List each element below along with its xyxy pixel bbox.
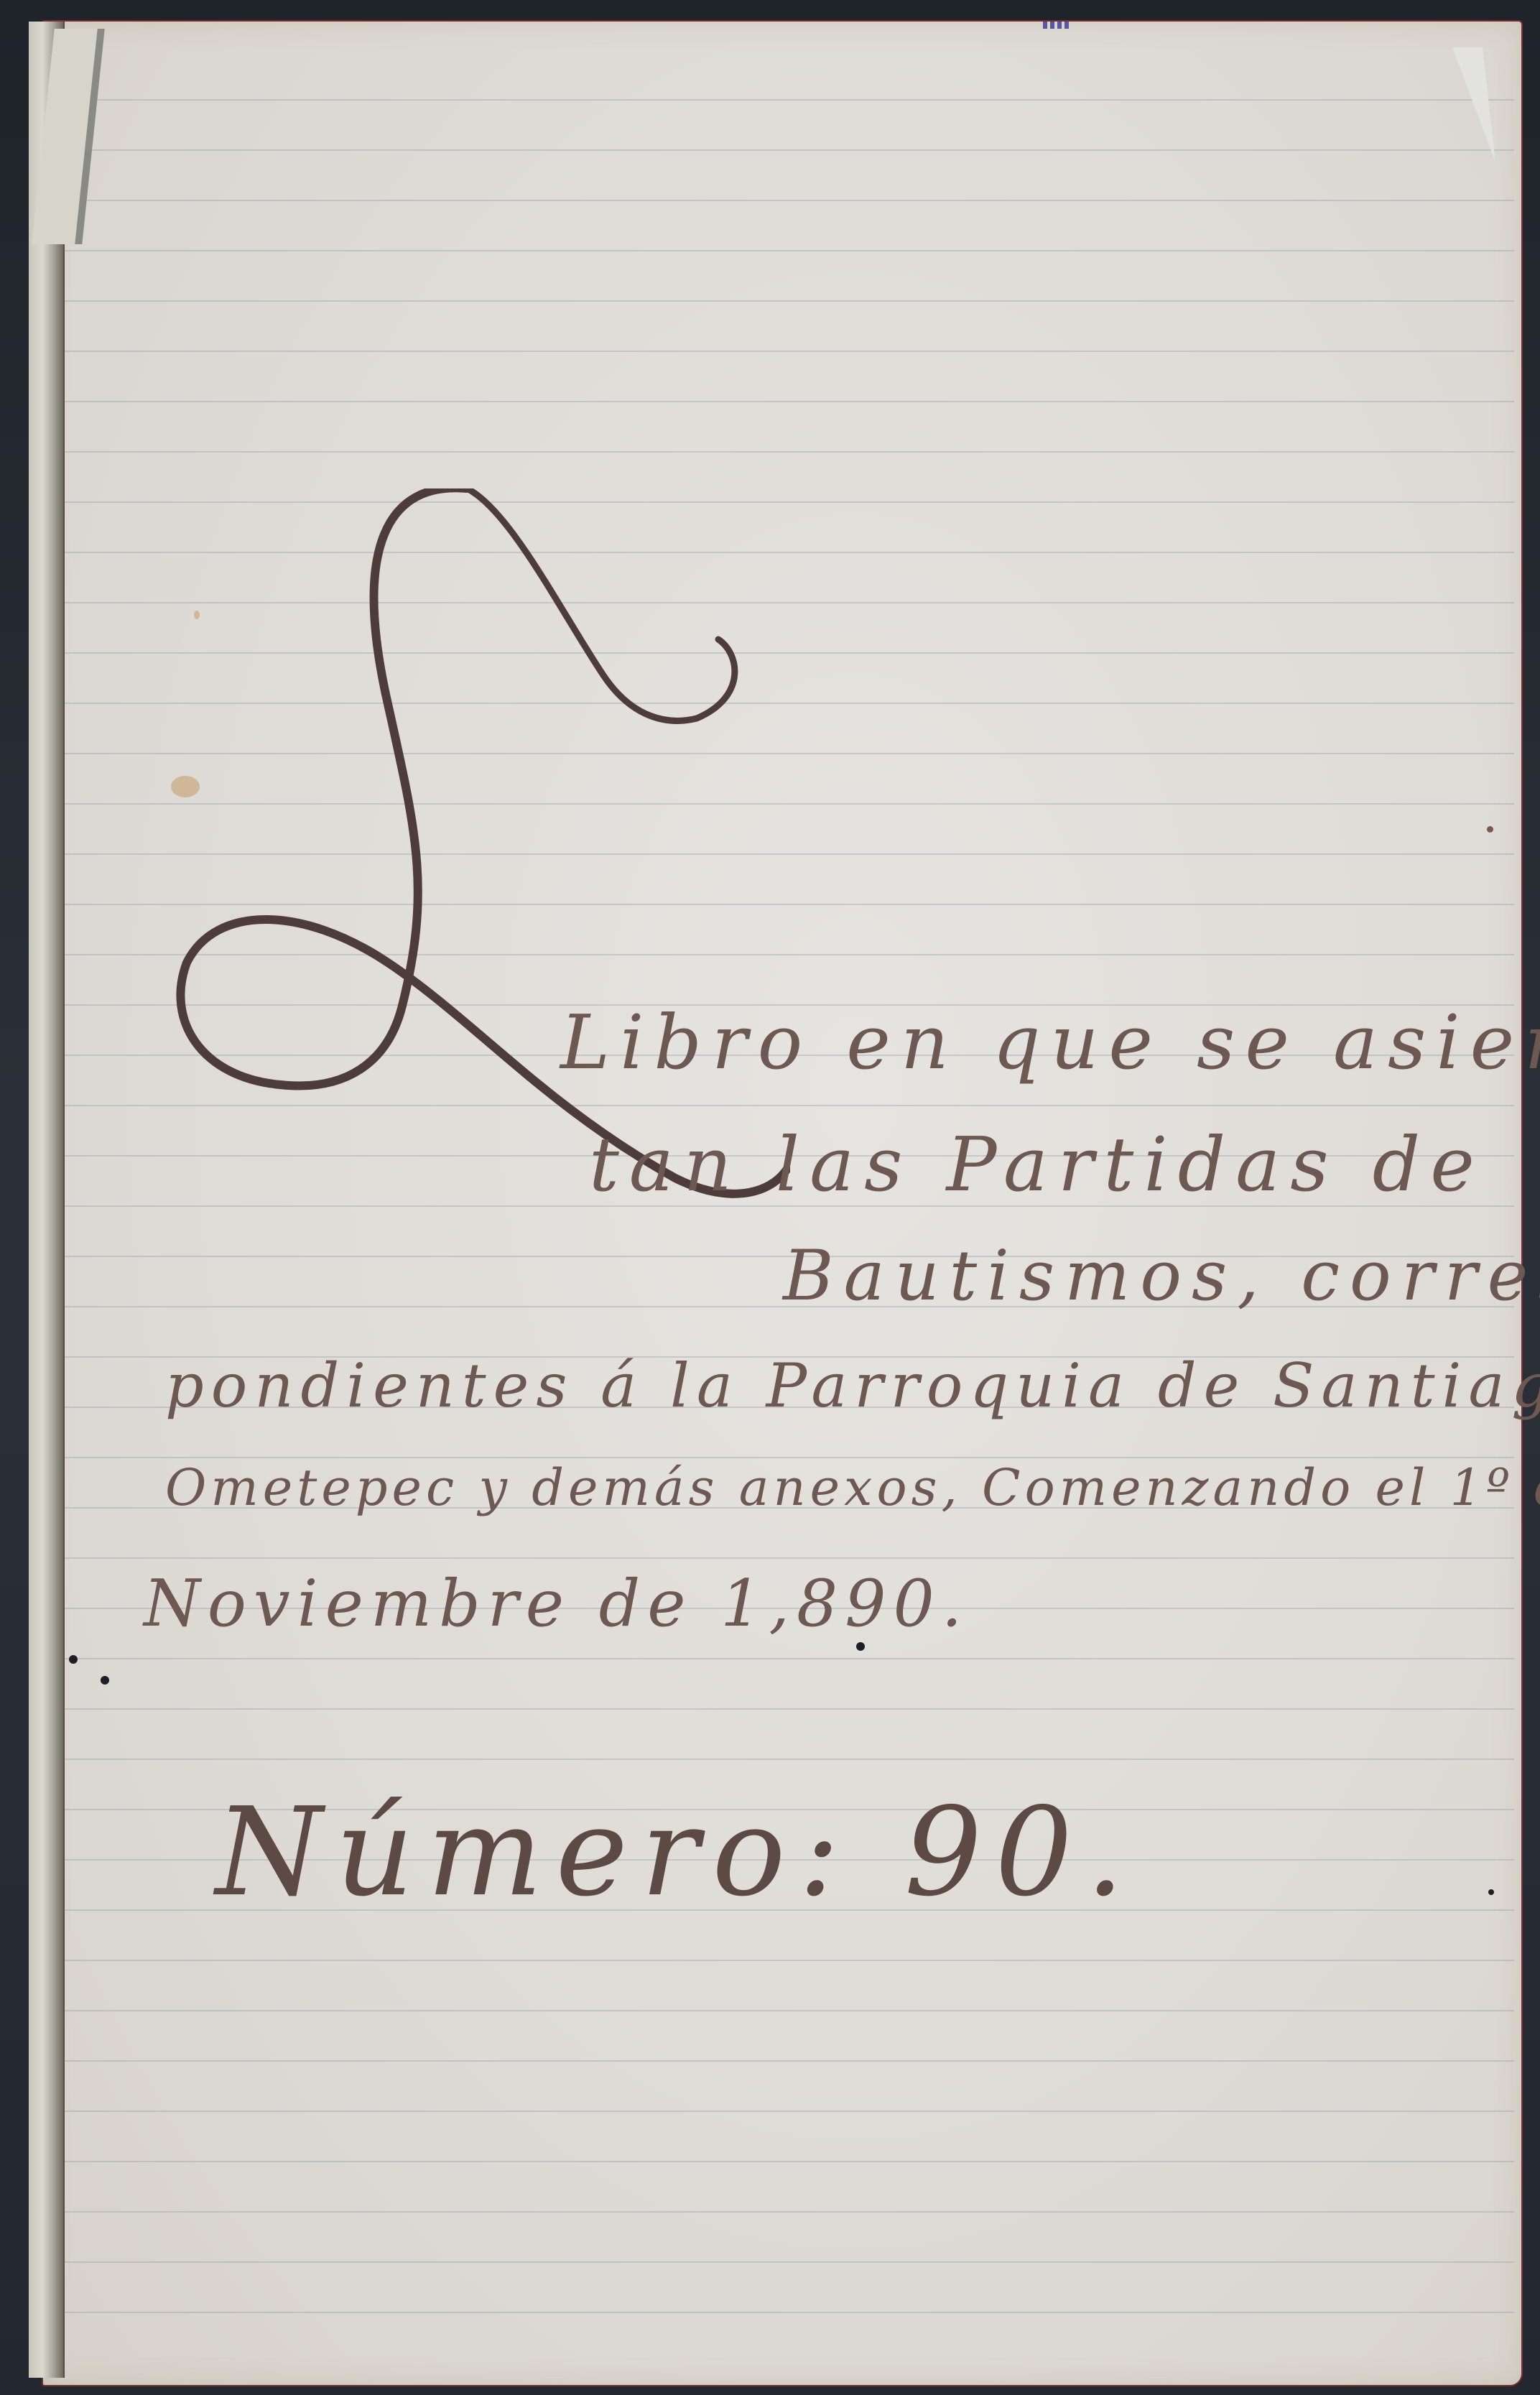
book-binding-edge (29, 22, 65, 2378)
ink-dot (1488, 1889, 1494, 1895)
volume-number: Número: 90. (215, 1782, 1137, 1924)
ink-dot (856, 1642, 865, 1651)
title-line-5: Ometepec y demás anexos, Comenzando el 1… (165, 1458, 1540, 1517)
title-line-2: tan las Partidas de (589, 1121, 1485, 1208)
top-edge-ink-marks (1043, 22, 1072, 29)
ink-dot (101, 1676, 109, 1685)
title-line-4: pondientes á la Parroquia de Santiago (165, 1351, 1540, 1421)
ink-dot (69, 1655, 78, 1664)
ink-dot (1487, 826, 1493, 833)
title-line-3: Bautismos, corres- (783, 1236, 1540, 1316)
title-line-6: Noviembre de 1,890. (144, 1566, 969, 1641)
title-line-1: Libro en que se asien- (560, 999, 1540, 1086)
